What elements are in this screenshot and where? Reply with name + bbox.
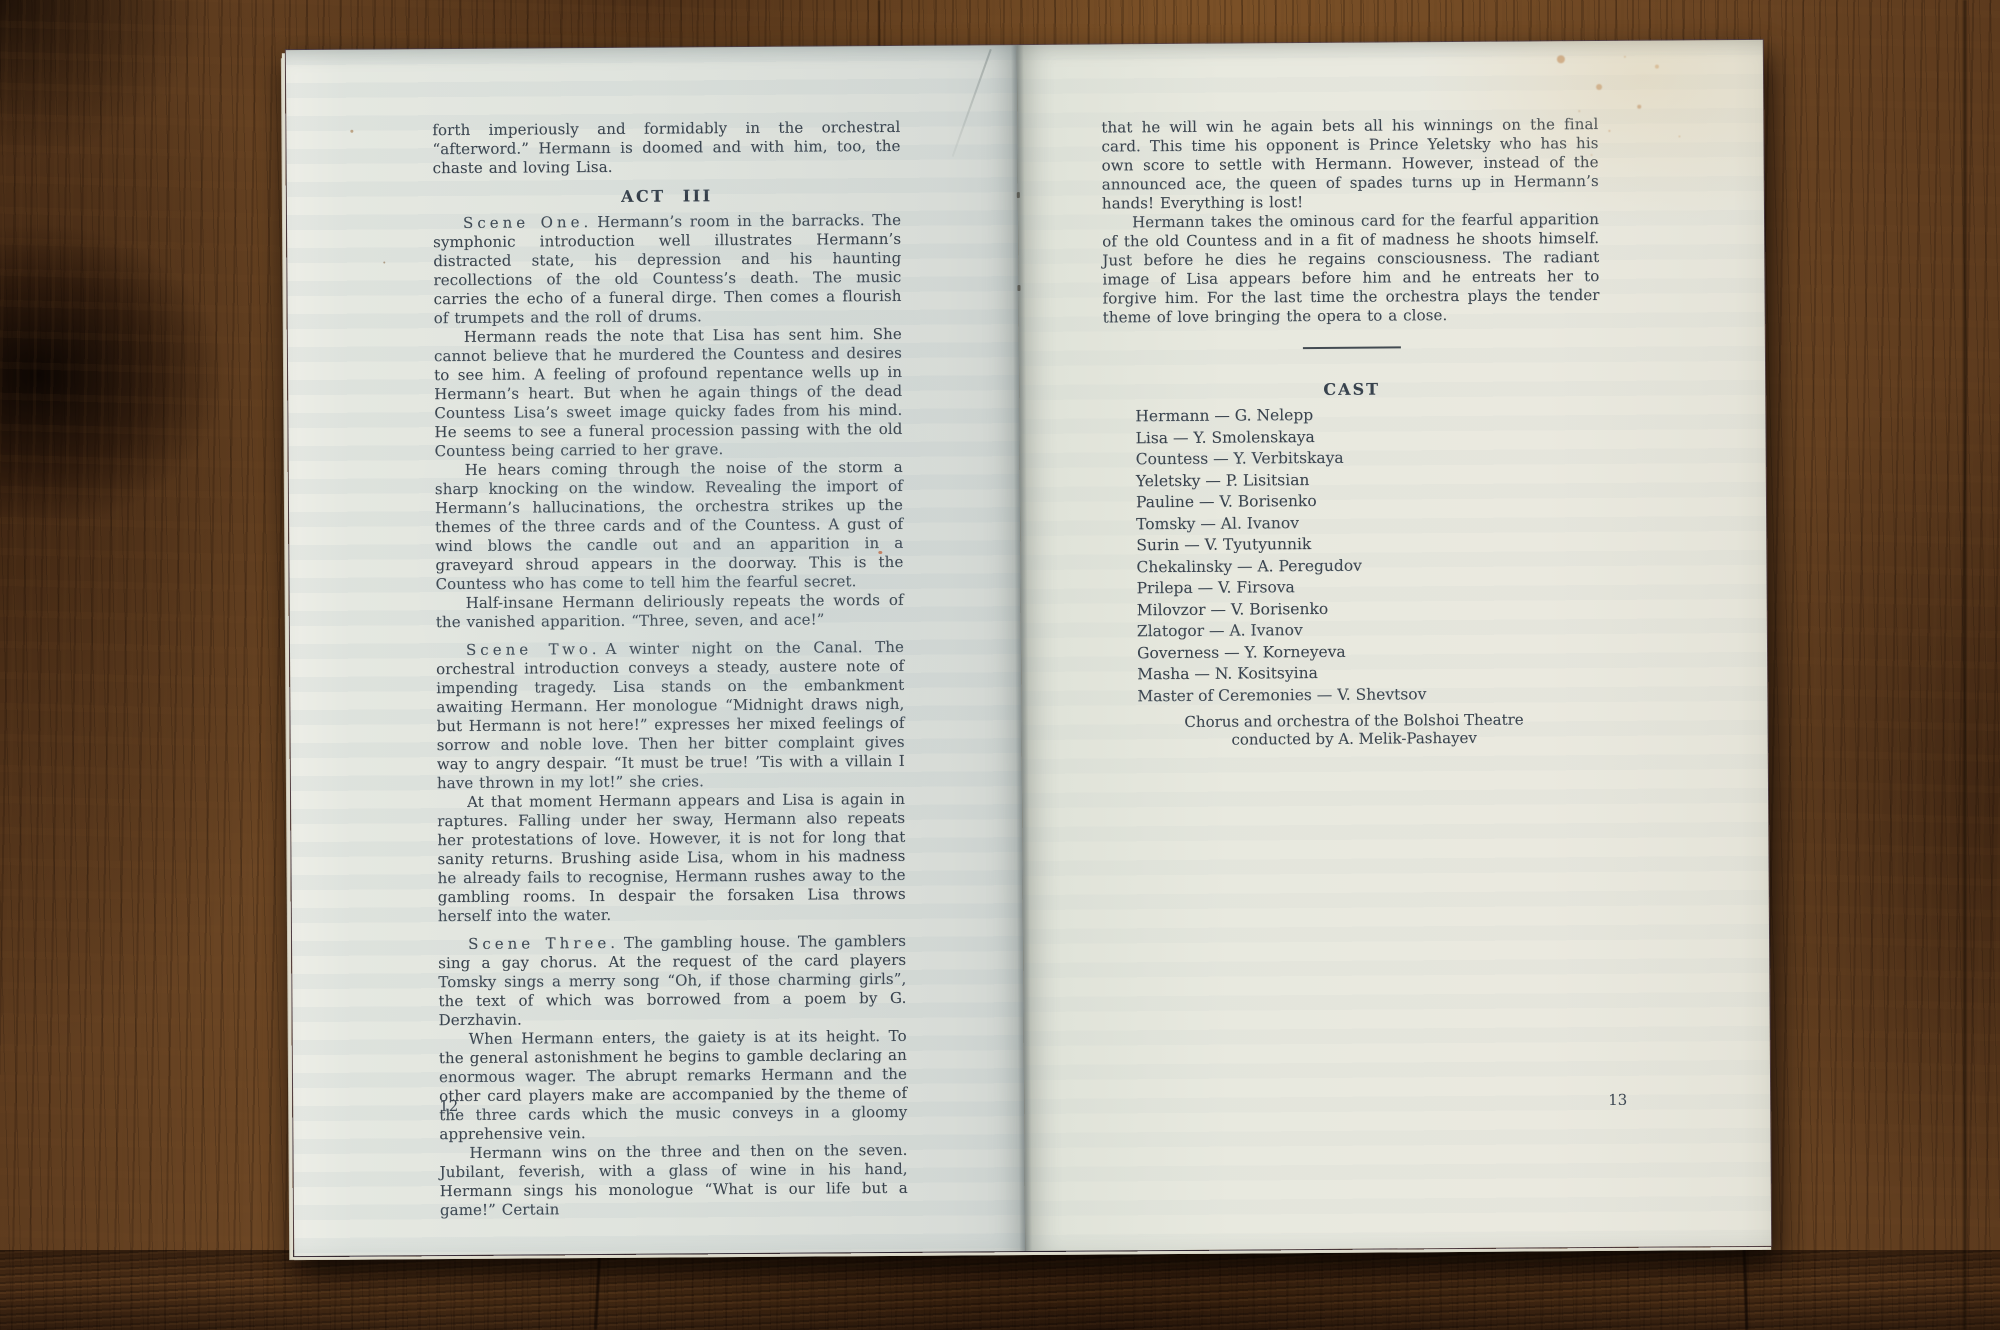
staple-mark [1017, 192, 1020, 198]
orchestra-credit-line2: conducted by A. Melik-Pashayev [1106, 728, 1603, 749]
page-number-right: 13 [1608, 1091, 1627, 1109]
wood-plank-seam [1962, 0, 1968, 1330]
paragraph-half-insane: Half-insane Hermann deliriously repeats … [436, 591, 904, 632]
scene-two-paragraph: Scene Two.A winter night on the Canal. T… [436, 638, 905, 793]
section-divider-rule [1302, 346, 1400, 349]
scene-three-label: Scene Three. [468, 934, 619, 953]
scene-three-paragraph: Scene Three.The gambling house. The gamb… [438, 932, 907, 1030]
left-page-text-column: forth imperiously and formidably in the … [432, 118, 908, 1220]
paragraph-he-hears: He hears coming through the noise of the… [435, 458, 904, 594]
paragraph-hermann-takes: Hermann takes the ominous card for the f… [1102, 210, 1600, 327]
scene-two-text: A winter night on the Canal. The orchest… [436, 638, 905, 792]
page-number-left: 12 [439, 1097, 458, 1115]
paragraph-hermann-wins: Hermann wins on the three and then on th… [439, 1141, 908, 1220]
cast-list: Hermann — G. Nelepp Lisa — Y. Smolenskay… [1103, 403, 1602, 707]
cast-entry: Master of Ceremonies — V. Shevtsov [1137, 682, 1602, 707]
right-page: that he will win he again bets all his w… [1017, 40, 1771, 1251]
scene-two-label: Scene Two. [466, 640, 601, 659]
cast-heading: CAST [1103, 378, 1600, 400]
left-page: forth imperiously and formidably in the … [286, 45, 1025, 1256]
orchestra-credit: Chorus and orchestra of the Bolshoi Thea… [1105, 710, 1602, 749]
wood-grain-bottom [0, 1250, 2000, 1330]
continuation-paragraph: forth imperiously and formidably in the … [432, 118, 900, 178]
paper-stain [383, 261, 385, 263]
right-page-text-column: that he will win he again bets all his w… [1101, 115, 1602, 749]
staple-mark [1017, 285, 1020, 291]
foxing-stains [1557, 55, 1565, 63]
paper-stain [350, 130, 353, 133]
photo-scene: forth imperiously and formidably in the … [0, 0, 2000, 1330]
open-programme-booklet: forth imperiously and formidably in the … [285, 39, 1772, 1257]
scene-one-label: Scene One. [463, 213, 592, 232]
paragraph-at-that-moment: At that moment Hermann appears and Lisa … [437, 790, 906, 926]
continuation-paragraph-right: that he will win he again bets all his w… [1101, 115, 1599, 213]
fold-crease [952, 49, 992, 157]
act-heading: ACT III [433, 185, 901, 207]
scene-one-paragraph: Scene One.Hermann’s room in the barracks… [433, 211, 902, 328]
paragraph-hermann-reads: Hermann reads the note that Lisa has sen… [434, 325, 903, 461]
paragraph-when-hermann: When Hermann enters, the gaiety is at it… [439, 1027, 908, 1144]
